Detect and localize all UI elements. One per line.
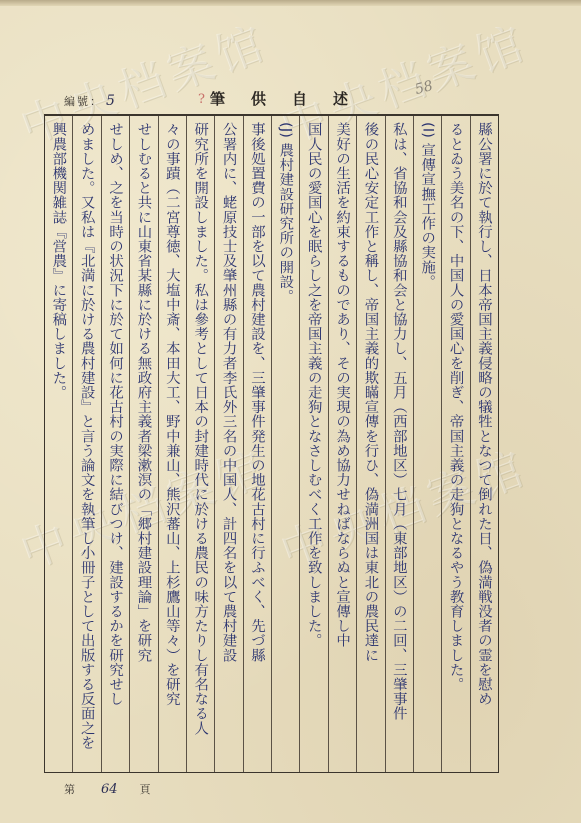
red-pencil-mark: ? [198,92,205,107]
manuscript-grid: 縣公署に於て執行し、日本帝国主義侵略の犠牲となつて倒れた日、偽満戦没者の霊を慰め… [44,114,499,773]
footer-prefix: 第 [64,783,75,796]
serial-number: 編號：5 [64,93,115,109]
text-column: 々の事蹟（二宮尊徳、大塩中斎、本田大工、野中兼山、熊沢蕃山、上杉鷹山等々）を研究 [158,116,186,772]
text-column: 公署内に、蛯原技士及肇州縣の有力者李氏外三名の中国人、計四名を以て農村建設 [214,116,242,772]
serial-label: 編號： [64,95,103,108]
pencil-folio-number: 58 [413,78,434,98]
text-column: めました。又私は『北満に於ける農村建設』と言う論文を執筆し小冊子として出版する反… [72,116,100,772]
text-column: 研究所を開設しました。私は參考として日本の封建時代に於ける農民の味方たりし有名な… [186,116,214,772]
text-column: (J) 農村建設研究所の開設。 [271,116,299,772]
document-page: 中央档案馆 中央档案馆 中央档案馆 中央档案馆 編號：5 ? 筆供自述 58 縣… [0,0,581,823]
text-column: 後の民心安定工作と稱し、帝国主義的欺瞞宣傳を行ひ、偽満洲国は東北の農民達に [356,116,384,772]
text-column: せしむると共に山東省某縣に於ける無政府主義者梁漱溟の「郷村建設理論」を研究 [129,116,157,772]
text-column: るとゐう美名の下、中国人の愛国心を削ぎ、帝国主義の走狗となるやう教育しました。 [441,116,469,772]
text-column: 私は、省協和会及縣協和会と協力し、五月（西部地区）七月（東部地区）の二回、三肇事… [385,116,413,772]
text-column: (I) 宣傳宣撫工作の実施。 [413,116,441,772]
text-column: 国人民の愛国心を眠らし之を帝国主義の走狗となさしむべく工作を致しました。 [299,116,327,772]
text-column: 美好の生活を約束するものであり、その実現の為め協力せねばならぬと宣傳し中 [328,116,356,772]
document-title: 筆供自述 [210,88,374,109]
text-column: 事後処置費の一部を以て農村建設を、三肇事件発生の地花古村に行ふべく、先づ縣 [243,116,271,772]
footer-suffix: 頁 [140,783,151,796]
page-footer: 第64頁 [64,781,151,797]
text-column: せしめ、之を当時の状況下に於て如何に花古村の実際に結びつけ、建設するかを研究せし [101,116,129,772]
text-column: 興農部機関雑誌『営農』に寄稿しました。 [45,116,72,772]
scan-top-edge [0,0,581,6]
serial-value: 5 [106,93,115,109]
page-number: 64 [101,782,118,797]
text-column: 縣公署に於て執行し、日本帝国主義侵略の犠牲となつて倒れた日、偽満戦没者の霊を慰め [470,116,498,772]
